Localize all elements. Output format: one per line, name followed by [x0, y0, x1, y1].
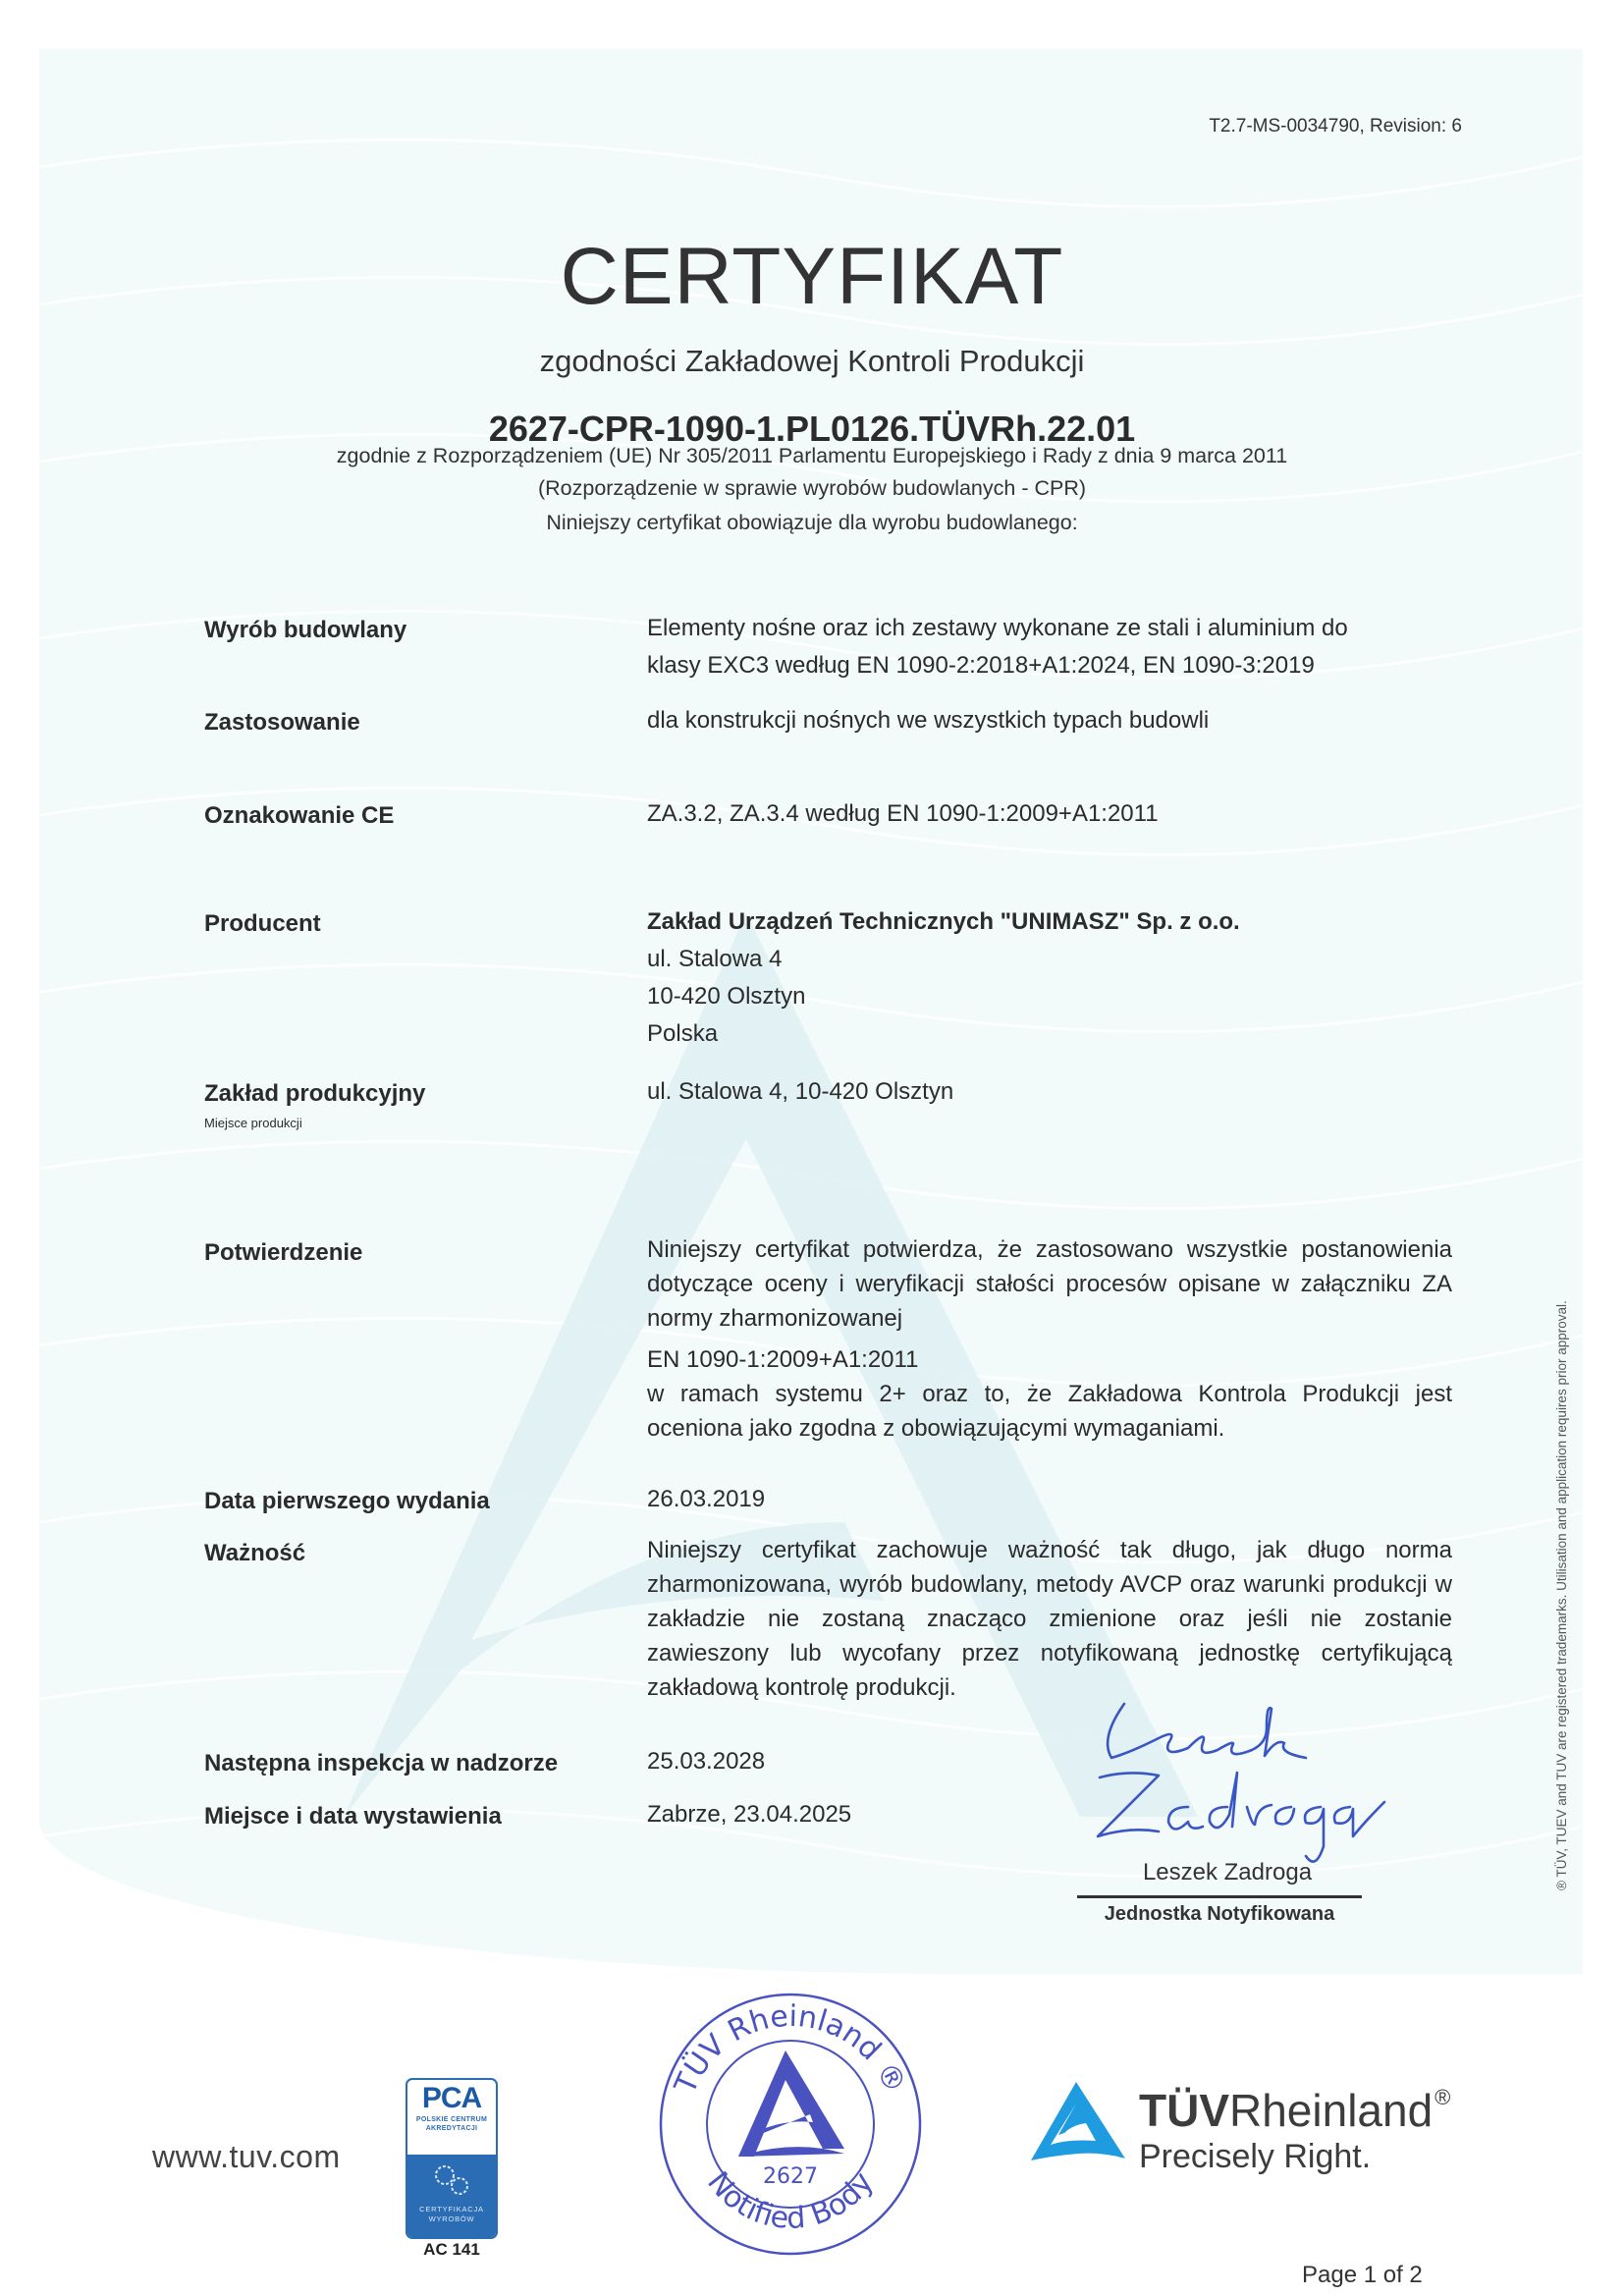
- field-label: Miejsce i data wystawienia: [204, 1803, 626, 1831]
- pca-cert-line-1: CERTYFIKACJA: [407, 2205, 496, 2214]
- pca-accreditation-logo: PCA POLSKIE CENTRUM AKREDYTACJI CERTYFIK…: [406, 2078, 498, 2239]
- pca-accreditation-code: AC 141: [406, 2240, 498, 2260]
- field-label: Oznakowanie CE: [204, 802, 626, 830]
- signature-line: [1077, 1895, 1362, 1898]
- brand-name-bold: TÜV: [1139, 2085, 1229, 2136]
- pca-cert-line-2: WYROBÓW: [407, 2214, 496, 2224]
- page-number: Page 1 of 2: [1302, 2262, 1423, 2289]
- field-label: Zastosowanie: [204, 709, 626, 737]
- manufacturer-city: 10-420 Olsztyn: [647, 978, 1452, 1015]
- regulation-line-3: Niniejszy certyfikat obowiązuje dla wyro…: [0, 511, 1624, 535]
- manufacturer-street: ul. Stalowa 4: [647, 941, 1452, 978]
- field-value: Elementy nośne oraz ich zestawy wykonane…: [647, 610, 1452, 684]
- signatory-role: Jednostka Notyfikowana: [1077, 1903, 1362, 1926]
- brand-name: TÜVRheinland®: [1139, 2084, 1450, 2137]
- field-value: Niniejszy certyfikat potwierdza, że zast…: [647, 1232, 1452, 1446]
- document-reference: T2.7-MS-0034790, Revision: 6: [1209, 116, 1462, 137]
- manufacturer-name: Zakład Urządzeń Technicznych "UNIMASZ" S…: [647, 903, 1452, 941]
- registered-mark: ®: [1435, 2085, 1450, 2109]
- product-line-1: Elementy nośne oraz ich zestawy wykonane…: [647, 610, 1452, 647]
- pca-org-line-2: AKREDYTACJI: [407, 2124, 496, 2133]
- signatory-name: Leszek Zadroga: [1085, 1859, 1370, 1886]
- field-label: Wyrób budowlany: [204, 617, 626, 644]
- field-value: ul. Stalowa 4, 10-420 Olsztyn: [647, 1073, 1452, 1111]
- field-value: Niniejszy certyfikat zachowuje ważność t…: [647, 1533, 1452, 1705]
- field-label: Potwierdzenie: [204, 1239, 626, 1267]
- manufacturer-country: Polska: [647, 1015, 1452, 1053]
- field-value: 26.03.2019: [647, 1481, 1452, 1518]
- product-line-2: klasy EXC3 według EN 1090-2:2018+A1:2024…: [647, 647, 1452, 684]
- trademark-note: ® TÜV, TUEV and TUV are registered trade…: [1554, 1300, 1569, 1890]
- gears-icon: [427, 2160, 476, 2200]
- field-label: Producent: [204, 910, 626, 938]
- confirmation-text-1: Niniejszy certyfikat potwierdza, że zast…: [647, 1232, 1452, 1336]
- website-link[interactable]: www.tuv.com: [152, 2139, 341, 2175]
- regulation-line-2: (Rozporządzenie w sprawie wyrobów budowl…: [0, 476, 1624, 501]
- field-value: dla konstrukcji nośnych we wszystkich ty…: [647, 702, 1452, 739]
- pca-org-line-1: POLSKIE CENTRUM: [407, 2115, 496, 2124]
- brand-name-regular: Rheinland: [1229, 2085, 1433, 2136]
- plant-sublabel: Miejsce produkcji: [204, 1116, 626, 1130]
- field-label: Data pierwszego wydania: [204, 1488, 626, 1515]
- field-label: Ważność: [204, 1540, 626, 1567]
- field-value: Zakład Urządzeń Technicznych "UNIMASZ" S…: [647, 903, 1452, 1053]
- plant-label: Zakład produkcyjny: [204, 1080, 425, 1107]
- page-subtitle: zgodności Zakładowej Kontroli Produkcji: [0, 344, 1624, 379]
- page-title: CERTYFIKAT: [0, 231, 1624, 323]
- stamp-number: 2627: [763, 2164, 818, 2189]
- field-value: ZA.3.2, ZA.3.4 według EN 1090-1:2009+A1:…: [647, 795, 1452, 833]
- brand-slogan: Precisely Right.: [1139, 2138, 1371, 2176]
- confirmation-text-2: w ramach systemu 2+ oraz to, że Zakładow…: [647, 1377, 1452, 1446]
- regulation-line-1: zgodnie z Rozporządzeniem (UE) Nr 305/20…: [0, 444, 1624, 468]
- notified-body-stamp-icon: TÜV Rheinland ® Notified Body 2627: [648, 1982, 933, 2267]
- field-label: Zakład produkcyjny Miejsce produkcji: [204, 1080, 626, 1130]
- tuv-triangle-logo-icon: [1029, 2082, 1127, 2162]
- field-label: Następna inspekcja w nadzorze: [204, 1750, 626, 1777]
- pca-logo-text: PCA: [407, 2080, 496, 2115]
- confirmation-standard: EN 1090-1:2009+A1:2011: [647, 1343, 1452, 1377]
